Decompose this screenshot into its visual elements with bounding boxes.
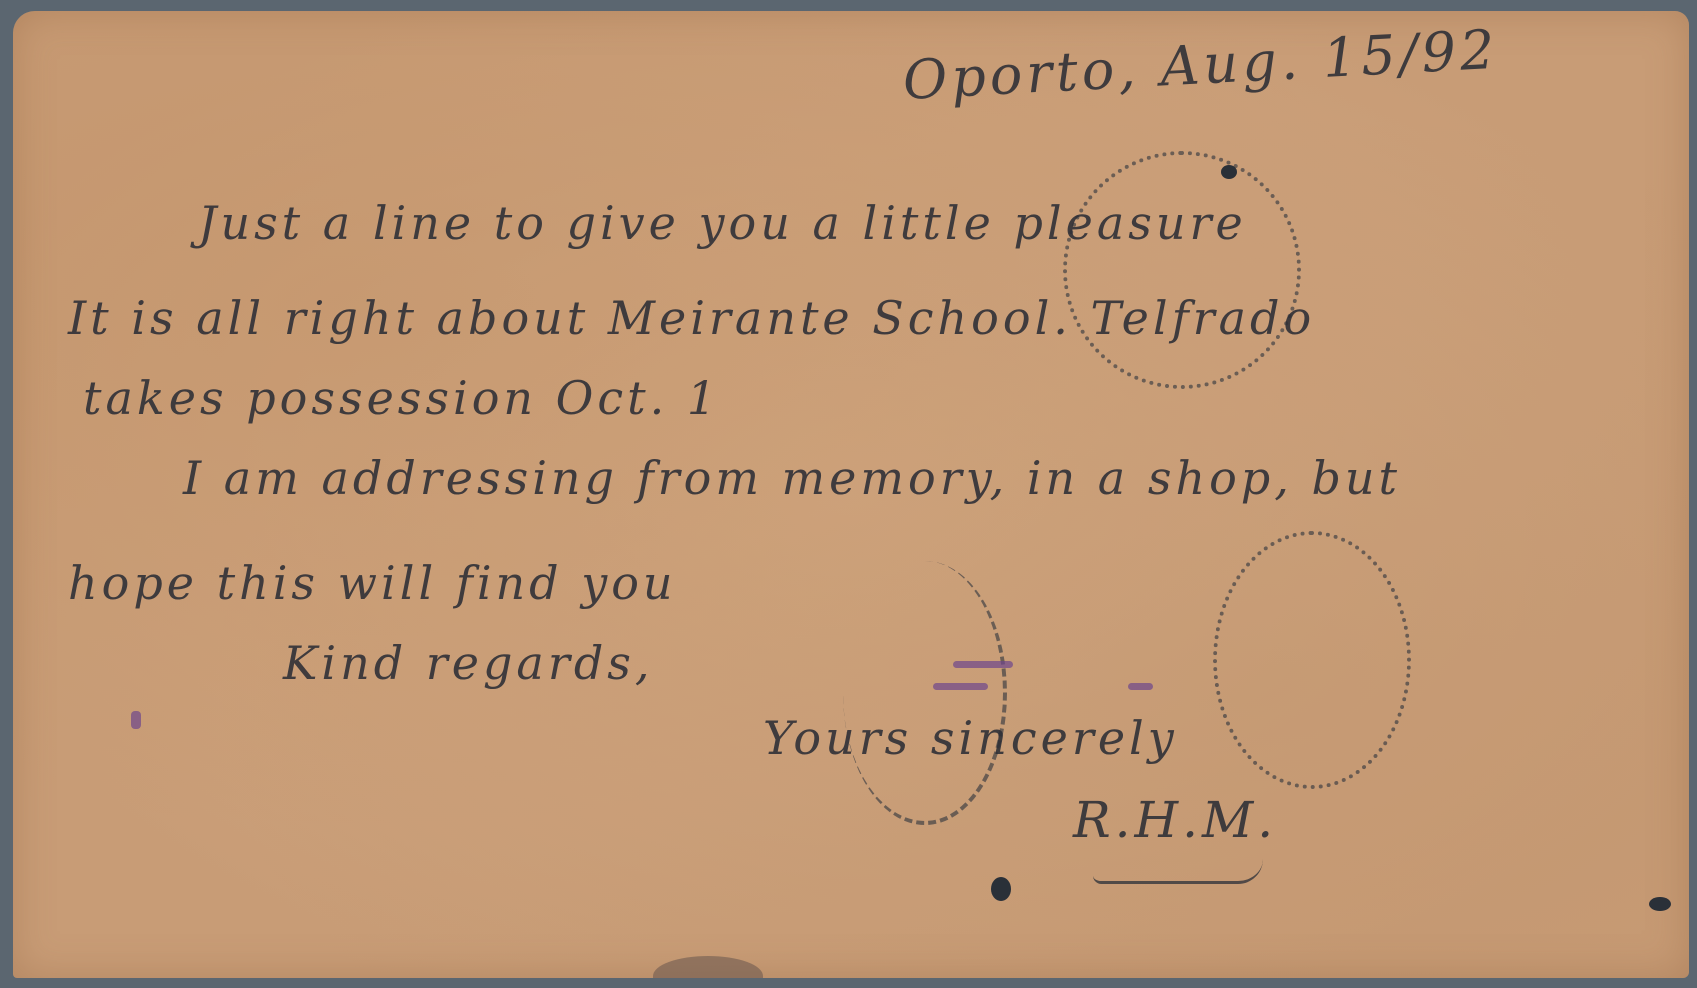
salutation: Kind regards, [283,636,654,690]
valediction: Yours sincerely [763,711,1178,765]
violet-cancel-bar [933,683,988,690]
postcard: Oporto, Aug. 15/92 Just a line to give y… [13,11,1689,978]
body-line-5: hope this will find you [68,556,677,610]
body-line-2: It is all right about Meirante School. T… [68,291,1315,345]
violet-ink-mark [131,711,141,729]
postmark-top [1063,151,1301,389]
postmark-right [1213,531,1411,789]
place-date: Oporto, Aug. 15/92 [901,18,1499,112]
ink-blot [1649,897,1671,911]
violet-cancel-bar [1128,683,1153,690]
signature: R.H.M. [1073,791,1277,849]
body-line-4: I am addressing from memory, in a shop, … [183,451,1401,505]
body-line-1: Just a line to give you a little pleasur… [198,196,1247,250]
body-line-3: takes possession Oct. 1 [83,371,720,425]
violet-cancel-bar [953,661,1013,668]
stain [653,956,763,978]
ink-blot [1221,165,1237,179]
postmark-center [843,561,1007,825]
signature-flourish [1093,859,1263,884]
ink-blot [991,877,1011,901]
